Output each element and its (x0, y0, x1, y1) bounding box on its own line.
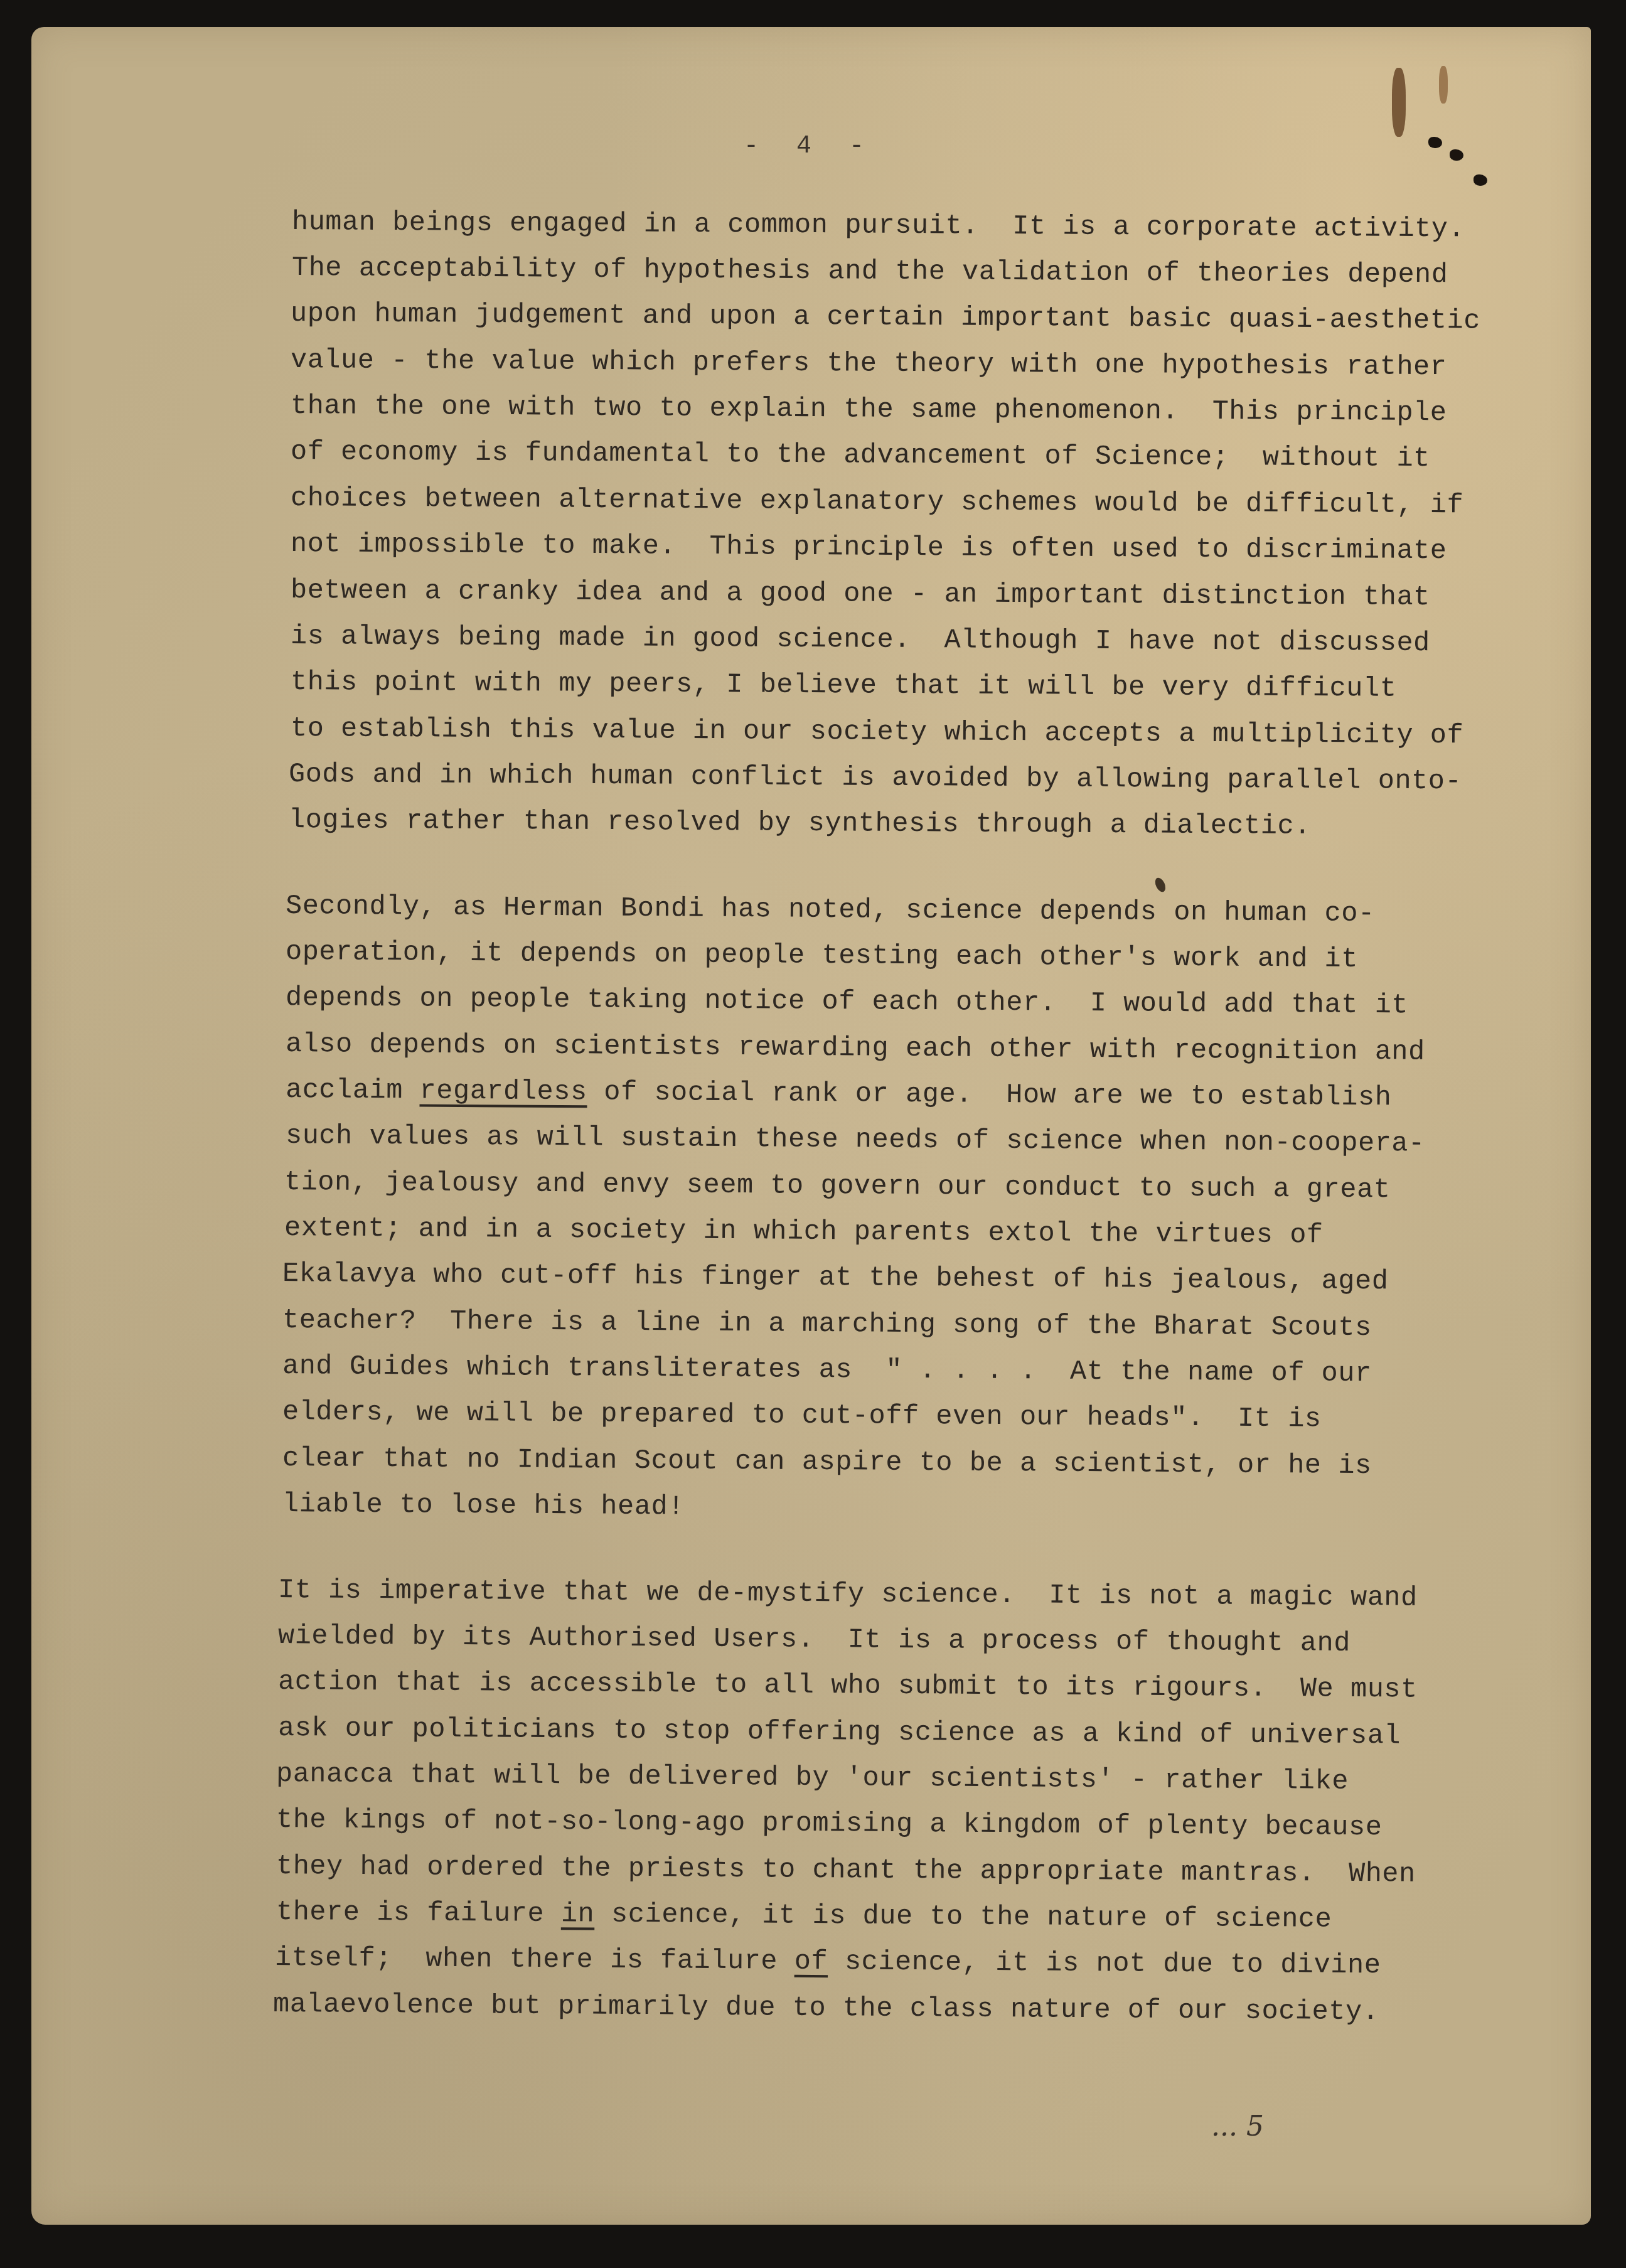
text-line: human beings engaged in a common pursuit… (292, 209, 1465, 243)
text-line: value - the value which prefers the theo… (291, 347, 1447, 382)
ink-stain-icon (1153, 876, 1168, 894)
underlined-word: in (561, 1899, 595, 1930)
text-line: teacher? There is a line in a marching s… (282, 1307, 1372, 1342)
text-line: The acceptability of hypothesis and the … (292, 255, 1448, 289)
punch-hole-icon (1450, 149, 1463, 161)
text-line-with-underline: itself; when there is failure of science… (275, 1945, 1381, 1980)
text-line: such values as will sustain these needs … (286, 1123, 1425, 1158)
text-line: ask our politicians to stop offering sci… (278, 1715, 1401, 1750)
punch-hole-icon (1474, 174, 1487, 186)
ink-stain-icon (1392, 68, 1406, 137)
typewritten-page: - 4 - human beings engaged in a common p… (31, 27, 1591, 2225)
continuation-marker: ... 5 (1211, 2110, 1264, 2142)
text-line: panacca that will be delivered by 'our s… (276, 1761, 1349, 1795)
text-line: to establish this value in our society w… (291, 715, 1464, 750)
underlined-word: of (794, 1947, 828, 1977)
text-line: between a cranky idea and a good one - a… (291, 577, 1430, 612)
text-segment: there is failure (276, 1897, 561, 1930)
text-segment: acclaim (286, 1075, 420, 1106)
text-line-with-underline: there is failure in science, it is due t… (276, 1899, 1332, 1934)
text-line: operation, it depends on people testing … (286, 939, 1358, 973)
text-line: they had ordered the priests to chant th… (276, 1853, 1416, 1888)
underlined-word: regardless (419, 1076, 587, 1108)
text-line: action that is accessible to all who sub… (278, 1669, 1418, 1704)
text-line: than the one with two to explain the sam… (291, 393, 1447, 427)
text-line-with-underline: acclaim regardless of social rank or age… (286, 1077, 1392, 1112)
text-line: malaevolence but primarily due to the cl… (273, 1991, 1379, 2026)
page-number: - 4 - (744, 132, 875, 161)
text-line: Gods and in which human conflict is avoi… (289, 761, 1462, 796)
text-line: elders, we will be prepared to cut-off e… (282, 1399, 1322, 1433)
text-line: choices between alternative explanatory … (291, 485, 1464, 520)
text-line: and Guides which transliterates as " . .… (282, 1353, 1372, 1388)
text-line: Ekalavya who cut-off his finger at the b… (282, 1261, 1389, 1296)
text-line: extent; and in a society in which parent… (284, 1215, 1324, 1249)
text-line: this point with my peers, I believe that… (291, 669, 1397, 703)
text-line: Secondly, as Herman Bondi has noted, sci… (286, 893, 1375, 928)
text-line: also depends on scientists rewarding eac… (286, 1031, 1425, 1066)
text-line: upon human judgement and upon a certain … (291, 301, 1480, 335)
text-segment: science, it is due to the nature of scie… (594, 1900, 1332, 1935)
text-line: It is imperative that we de-mystify scie… (278, 1577, 1418, 1612)
text-line: not impossible to make. This principle i… (291, 531, 1447, 565)
text-line: depends on people taking notice of each … (286, 985, 1408, 1020)
text-segment: science, it is not due to divine (828, 1947, 1381, 1981)
text-line: logies rather than resolved by synthesis… (289, 807, 1311, 840)
text-line: tion, jealousy and envy seem to govern o… (284, 1169, 1391, 1204)
text-line: clear that no Indian Scout can aspire to… (282, 1445, 1372, 1480)
text-line: is always being made in good science. Al… (291, 623, 1430, 658)
text-line: liable to lose his head! (282, 1491, 685, 1521)
punch-hole-icon (1428, 137, 1442, 148)
ink-stain-icon (1439, 66, 1448, 104)
text-segment: of social rank or age. How are we to est… (587, 1077, 1392, 1113)
text-segment: itself; when there is failure (275, 1943, 794, 1977)
text-line: wielded by its Authorised Users. It is a… (278, 1623, 1351, 1657)
text-line: of economy is fundamental to the advance… (291, 439, 1430, 473)
text-line: the kings of not-so-long-ago promising a… (276, 1807, 1383, 1842)
